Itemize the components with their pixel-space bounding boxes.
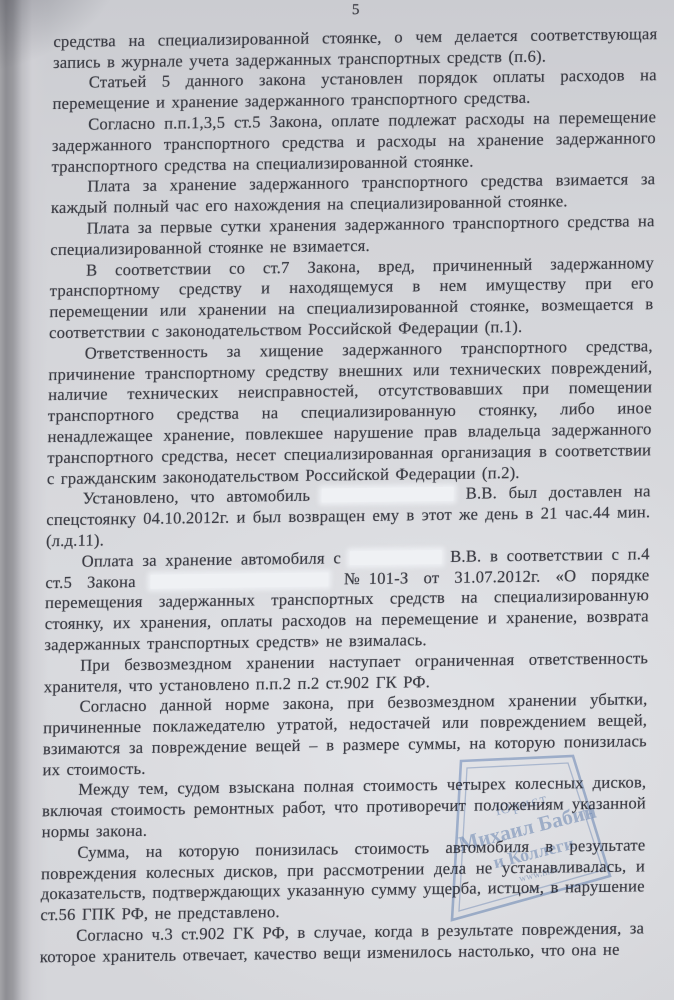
paragraph: Между тем, судом взыскана полная стоимос… — [42, 773, 647, 843]
scanned-court-document: { "document": { "page_number": "5", "par… — [0, 0, 674, 1000]
text-run: Плата за хранение задержанного транспорт… — [51, 170, 656, 218]
paragraph: Согласно данной норме закона, при безвоз… — [42, 690, 647, 781]
redaction-box — [151, 572, 329, 588]
text-run: Ответственность за хищение задержанного … — [47, 336, 653, 488]
paragraph: Сумма, на которую понизилась стоимость а… — [40, 835, 645, 926]
paragraphs-container: средства на специализированной стоянке, … — [40, 24, 658, 968]
text-block: 5 средства на специализированной стоянке… — [40, 0, 658, 968]
paragraph: Согласно п.п.1,3,5 ст.5 Закона, оплате п… — [51, 107, 656, 177]
text-run: Сумма, на которую понизилась стоимость а… — [40, 835, 645, 924]
text-run: При безвозмездном хранении наступает огр… — [44, 648, 649, 696]
text-run: Согласно ч.3 ст.902 ГК РФ, в случае, ког… — [40, 918, 645, 966]
text-run: Между тем, судом взыскана полная стоимос… — [42, 773, 647, 842]
text-run: Согласно п.п.1,3,5 ст.5 Закона, оплате п… — [51, 107, 656, 176]
page-number: 5 — [54, 0, 658, 25]
text-run: Оплата за хранение автомобиля с — [82, 548, 342, 570]
paragraph: Согласно ч.3 ст.902 ГК РФ, в случае, ког… — [40, 918, 645, 968]
paragraph: Ответственность за хищение задержанного … — [47, 336, 653, 490]
text-run: Статьей 5 данного закона установлен поря… — [52, 66, 657, 114]
redaction-box — [322, 487, 454, 503]
text-run: Согласно данной норме закона, при безвоз… — [43, 690, 648, 779]
paragraph: В соответствии со ст.7 Закона, вред, при… — [49, 253, 654, 344]
text-run: Установлено, что автомобиль — [83, 486, 311, 508]
paragraph: Установлено, что автомобиль В.В. был дос… — [46, 482, 651, 552]
redaction-box — [349, 550, 441, 565]
text-run: средства на специализированной стоянке, … — [53, 24, 658, 72]
text-run: №101-З от 31.07.2012г. «О порядке переме… — [44, 565, 649, 654]
paragraph: Оплата за хранение автомобиля с В.В. в с… — [44, 544, 649, 656]
text-run: Плата за первые сутки хранения задержанн… — [50, 211, 655, 259]
text-run: В соответствии со ст.7 Закона, вред, при… — [49, 253, 654, 342]
